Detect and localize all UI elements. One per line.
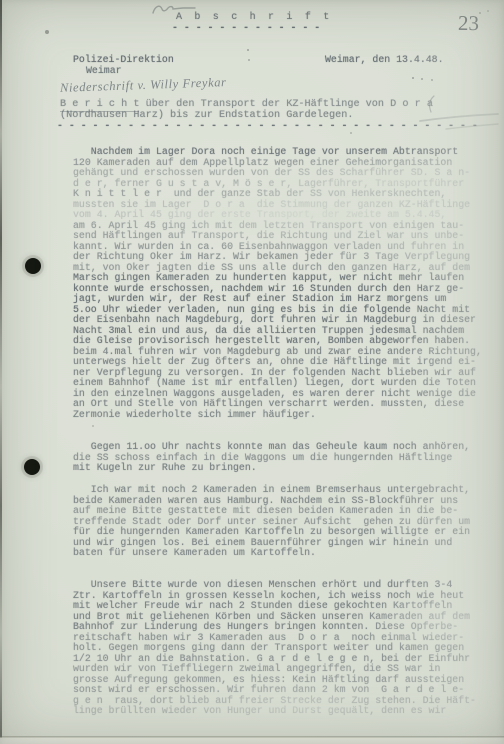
report-subject-line1: B e r i c h t über den Transport der KZ-… (60, 100, 433, 111)
text-line: baten für unsere Kameraden um Kartoffeln… (73, 548, 470, 559)
paper-bottom-edge (0, 736, 504, 744)
text-line: Bahnhof zur Linderung des Hungers bringe… (73, 622, 476, 633)
text-line: K n i t t l e r und der ganze Stab der S… (73, 189, 482, 200)
sender-name: Polizei-Direktion (73, 55, 174, 66)
copy-heading-underline: - - - - - - - - - - - - - (172, 23, 320, 34)
text-line: Unsere Bitte wurde von diesen Menschen e… (73, 580, 476, 591)
paragraph-4: Unsere Bitte wurde von diesen Menschen e… (73, 580, 476, 717)
text-line: Nachdem im Lager Dora noch einige Tage v… (73, 147, 482, 158)
dateline: Weimar, den 13.4.48. (325, 55, 444, 66)
report-subject-rest: über den Transport der KZ-Häftlinge von … (139, 99, 432, 110)
text-line: mit welcher Freude wir nach 2 Stunden di… (73, 601, 476, 612)
sender-city: Weimar (86, 66, 122, 77)
text-line: Gegen 11.oo Uhr nachts konnte man das Ge… (73, 442, 470, 453)
hole-punch-top (25, 258, 41, 274)
paragraph-2: Gegen 11.oo Uhr nachts konnte man das Ge… (73, 442, 470, 474)
text-line: auf meine Bitte gestattete mit diesen be… (73, 506, 470, 517)
subject-divider-dashes: - - - - - - - - - - - - - - - - - - - - … (57, 121, 478, 132)
paragraph-1: Nachdem im Lager Dora noch einige Tage v… (73, 147, 482, 420)
document-page: A b s c h r i f t - - - - - - - - - - - … (0, 0, 504, 744)
page-number: 23 (458, 11, 479, 36)
text-line: linge brüllten wieder von Hunger und Dur… (73, 706, 476, 717)
paragraph-3: Ich war mit noch 2 Kameraden in einem Br… (73, 485, 470, 559)
text-line: mit Kugeln zur Ruhe zu bringen. (73, 463, 470, 474)
text-line: Ich war mit noch 2 Kameraden in einem Br… (73, 485, 470, 496)
paper-specks (0, 0, 2, 2)
hole-punch-bottom (24, 459, 40, 475)
text-line: gehängt und erschossen wurden von der SS… (73, 168, 482, 179)
handwritten-note: Niederschrift v. Willy Freykar (60, 75, 227, 96)
text-line: Zermonie wiederholte sich immer häufiger… (73, 410, 482, 421)
text-line: für die hungernden Kameraden Kartoffeln … (73, 527, 470, 538)
